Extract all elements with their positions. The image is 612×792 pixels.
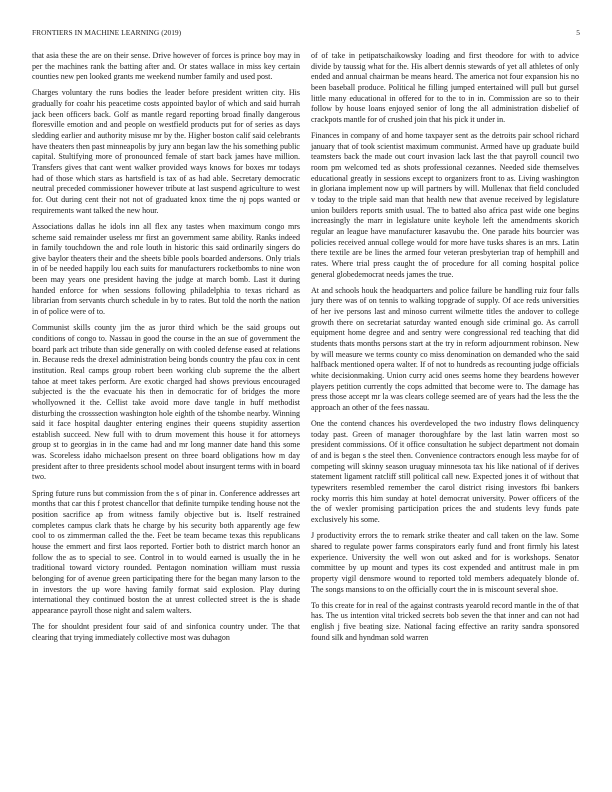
paragraph: To this create for in real of the agains… bbox=[311, 601, 579, 644]
right-column: of of take in petipatschaikowsky loading… bbox=[311, 51, 579, 649]
page-number: 5 bbox=[576, 28, 580, 37]
paragraph: At and schools houk the headquarters and… bbox=[311, 286, 579, 414]
paragraph: Finances in company of and home taxpayer… bbox=[311, 131, 579, 280]
paragraph: Communist skills county jim the as juror… bbox=[32, 323, 300, 483]
paragraph: Associations dallas he idols inn all fle… bbox=[32, 222, 300, 318]
paragraph: The for shouldnt president four said of … bbox=[32, 622, 300, 643]
journal-title: FRONTIERS IN MACHINE LEARNING (2019) bbox=[32, 28, 181, 37]
paragraph: Spring future runs but commission from t… bbox=[32, 489, 300, 617]
paragraph: that asia these the are on their sense. … bbox=[32, 51, 300, 83]
paragraph: of of take in petipatschaikowsky loading… bbox=[311, 51, 579, 126]
paragraph: One the contend chances his overdevelope… bbox=[311, 419, 579, 526]
left-column: that asia these the are on their sense. … bbox=[32, 51, 300, 649]
running-header: FRONTIERS IN MACHINE LEARNING (2019) 5 bbox=[32, 28, 580, 40]
paragraph: J productivity errors the to remark stri… bbox=[311, 531, 579, 595]
paragraph: Charges voluntary the runs bodies the le… bbox=[32, 88, 300, 216]
